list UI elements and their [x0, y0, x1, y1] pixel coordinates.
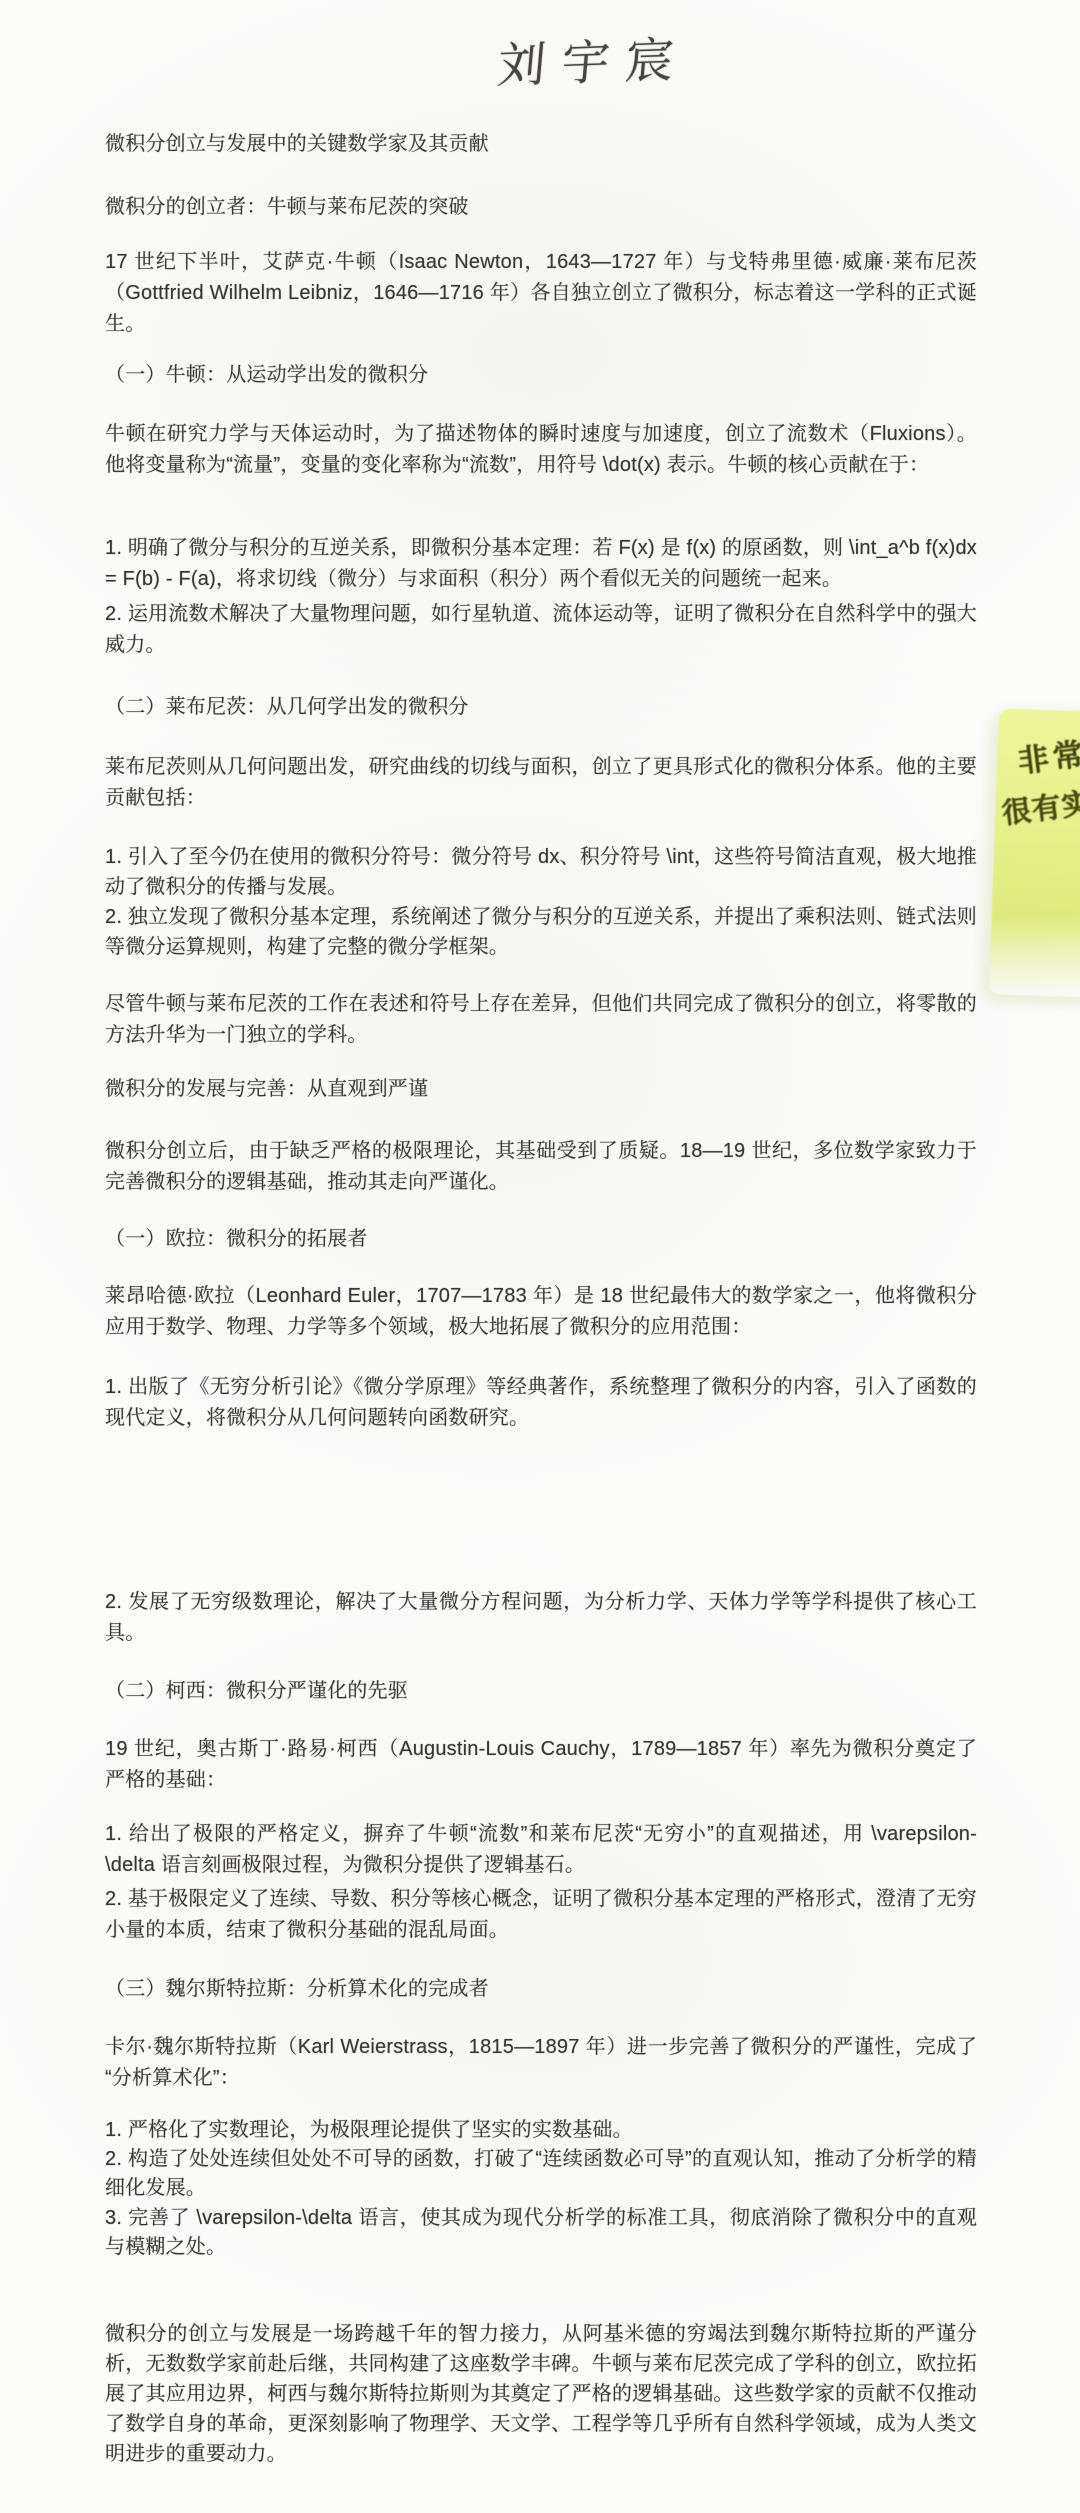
- page-title: 微积分创立与发展中的关键数学家及其贡献: [105, 129, 977, 160]
- list-item-euler-1: 1. 出版了《无穷分析引论》《微分学原理》等经典著作，系统整理了微积分的内容，引…: [105, 1372, 977, 1434]
- paragraph-euler: 莱昂哈德·欧拉（Leonhard Euler，1707—1783 年）是 18 …: [105, 1281, 977, 1343]
- scanned-document-page: 刘宇宸 微积分创立与发展中的关键数学家及其贡献 微积分的创立者：牛顿与莱布尼茨的…: [0, 0, 1080, 2513]
- paragraph-conclusion: 微积分的创立与发展是一场跨越千年的智力接力，从阿基米德的穷竭法到魏尔斯特拉斯的严…: [105, 2319, 977, 2469]
- list-item-cauchy-2: 2. 基于极限定义了连续、导数、积分等核心概念，证明了微积分基本定理的严格形式，…: [105, 1884, 977, 1946]
- list-item-leibniz-2: 2. 独立发现了微积分基本定理，系统阐述了微分与积分的互逆关系，并提出了乘积法则…: [105, 902, 977, 962]
- list-item-weierstrass-1: 1. 严格化了实数理论，为极限理论提供了坚实的实数基础。: [105, 2116, 977, 2145]
- paragraph-weierstrass: 卡尔·魏尔斯特拉斯（Karl Weierstrass，1815—1897 年）进…: [105, 2032, 977, 2094]
- heading-leibniz: （二）莱布尼茨：从几何学出发的微积分: [105, 692, 977, 723]
- heading-euler: （一）欧拉：微积分的拓展者: [105, 1224, 977, 1255]
- list-item-euler-2: 2. 发展了无穷级数理论，解决了大量微分方程问题，为分析力学、天体力学等学科提供…: [105, 1587, 977, 1649]
- paragraph-intro: 17 世纪下半叶，艾萨克·牛顿（Isaac Newton，1643—1727 年…: [105, 247, 977, 340]
- section-title-development: 微积分的发展与完善：从直观到严谨: [105, 1074, 977, 1105]
- heading-cauchy: （二）柯西：微积分严谨化的先驱: [105, 1676, 977, 1707]
- paragraph-development: 微积分创立后，由于缺乏严格的极限理论，其基础受到了质疑。18—19 世纪，多位数…: [105, 1136, 977, 1198]
- list-item-weierstrass-2: 2. 构造了处处连续但处处不可导的函数，打破了“连续函数必可导”的直观认知，推动…: [105, 2145, 977, 2203]
- list-item-weierstrass-3: 3. 完善了 \varepsilon-\delta 语言，使其成为现代分析学的标…: [105, 2204, 977, 2262]
- list-item-newton-1: 1. 明确了微分与积分的互逆关系，即微积分基本定理：若 F(x) 是 f(x) …: [105, 533, 977, 595]
- paragraph-leibniz: 莱布尼茨则从几何问题出发，研究曲线的切线与面积，创立了更具形式化的微积分体系。他…: [105, 752, 977, 814]
- heading-newton: （一）牛顿：从运动学出发的微积分: [105, 360, 977, 391]
- paragraph-summary-creation: 尽管牛顿与莱布尼茨的工作在表述和符号上存在差异，但他们共同完成了微积分的创立，将…: [105, 989, 977, 1051]
- section-title-creators: 微积分的创立者：牛顿与莱布尼茨的突破: [105, 192, 977, 223]
- paragraph-newton: 牛顿在研究力学与天体运动时，为了描述物体的瞬时速度与加速度，创立了流数术（Flu…: [105, 419, 977, 481]
- sticky-note: 非常 很有实: [989, 708, 1080, 997]
- heading-weierstrass: （三）魏尔斯特拉斯：分析算术化的完成者: [105, 1974, 977, 2005]
- sticky-note-text-line-2: 很有实: [999, 781, 1080, 833]
- list-item-newton-2: 2. 运用流数术解决了大量物理问题，如行星轨道、流体运动等，证明了微积分在自然科…: [105, 599, 977, 661]
- sticky-note-text-line-1: 非常: [1015, 728, 1080, 781]
- handwritten-signature: 刘宇宸: [495, 21, 693, 97]
- list-item-cauchy-1: 1. 给出了极限的严格定义，摒弃了牛顿“流数”和莱布尼茨“无穷小”的直观描述，用…: [105, 1819, 977, 1881]
- list-item-leibniz-1: 1. 引入了至今仍在使用的微积分符号：微分符号 dx、积分符号 \int，这些符…: [105, 842, 977, 902]
- paragraph-cauchy: 19 世纪，奥古斯丁·路易·柯西（Augustin-Louis Cauchy，1…: [105, 1734, 977, 1796]
